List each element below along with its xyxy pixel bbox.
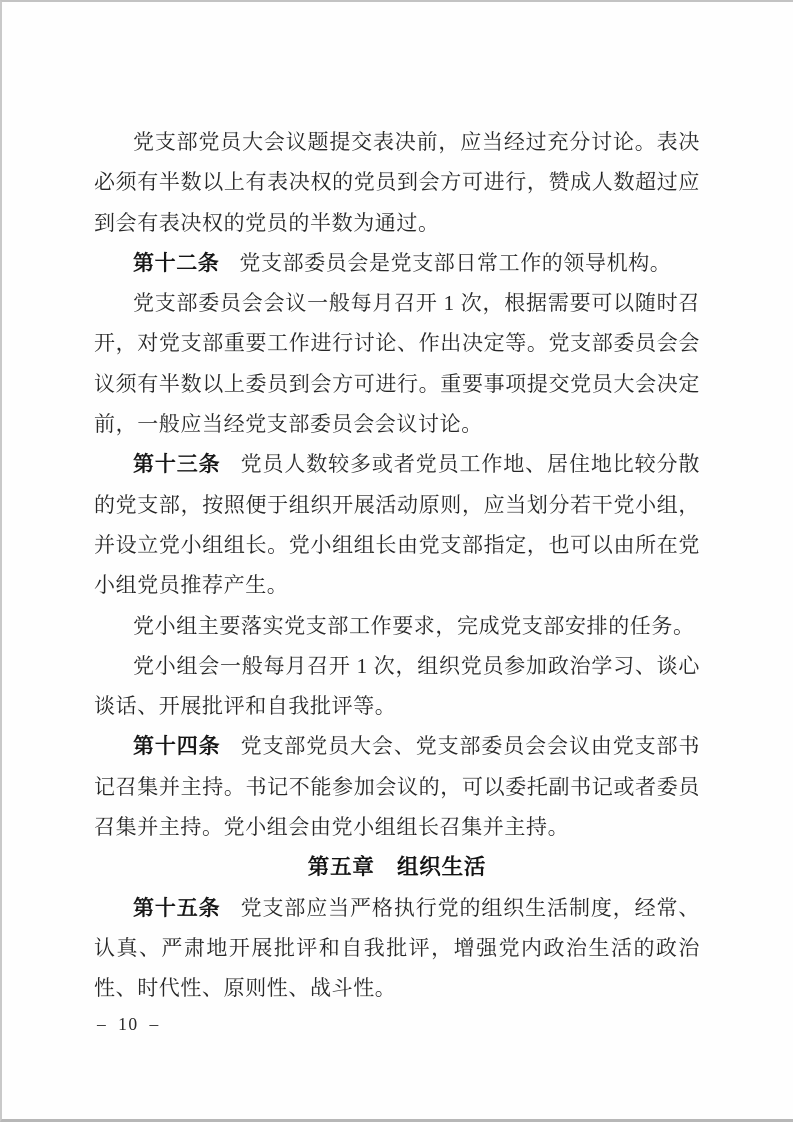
paragraph-article-13: 第十三条党员人数较多或者党员工作地、居住地比较分散的党支部，按照便于组织开展活动… xyxy=(94,444,700,605)
page-number: – 10 – xyxy=(97,1013,160,1035)
document-page: 党支部党员大会议题提交表决前，应当经过充分讨论。表决必须有半数以上有表决权的党员… xyxy=(0,0,793,1122)
chapter-5-heading: 第五章 组织生活 xyxy=(94,847,700,887)
paragraph-text: 党小组主要落实党支部工作要求，完成党支部安排的任务。 xyxy=(133,614,695,638)
paragraph-text: 党支部党员大会议题提交表决前，应当经过充分讨论。表决必须有半数以上有表决权的党员… xyxy=(94,130,700,235)
paragraph-article-14: 第十四条党支部党员大会、党支部委员会会议由党支部书记召集并主持。书记不能参加会议… xyxy=(94,726,700,847)
article-13-label: 第十三条 xyxy=(133,452,221,476)
article-12-label: 第十二条 xyxy=(133,251,219,275)
document-body: 党支部党员大会议题提交表决前，应当经过充分讨论。表决必须有半数以上有表决权的党员… xyxy=(94,122,700,1009)
paragraph-party-group-duties: 党小组主要落实党支部工作要求，完成党支部安排的任务。 xyxy=(94,606,700,646)
paragraph-voting-rules: 党支部党员大会议题提交表决前，应当经过充分讨论。表决必须有半数以上有表决权的党员… xyxy=(94,122,700,243)
paragraph-article-15: 第十五条党支部应当严格执行党的组织生活制度，经常、认真、严肃地开展批评和自我批评… xyxy=(94,888,700,1009)
article-14-label: 第十四条 xyxy=(133,734,221,758)
paragraph-text: 党支部委员会是党支部日常工作的领导机构。 xyxy=(239,251,671,275)
paragraph-party-group-meetings: 党小组会一般每月召开 1 次，组织党员参加政治学习、谈心谈话、开展批评和自我批评… xyxy=(94,646,700,727)
paragraph-article-12: 第十二条党支部委员会是党支部日常工作的领导机构。 xyxy=(94,243,700,283)
paragraph-text: 党小组会一般每月召开 1 次，组织党员参加政治学习、谈心谈话、开展批评和自我批评… xyxy=(94,654,700,718)
article-15-label: 第十五条 xyxy=(133,896,221,920)
paragraph-committee-meetings: 党支部委员会会议一般每月召开 1 次，根据需要可以随时召开，对党支部重要工作进行… xyxy=(94,283,700,444)
paragraph-text: 党支部委员会会议一般每月召开 1 次，根据需要可以随时召开，对党支部重要工作进行… xyxy=(94,291,700,436)
